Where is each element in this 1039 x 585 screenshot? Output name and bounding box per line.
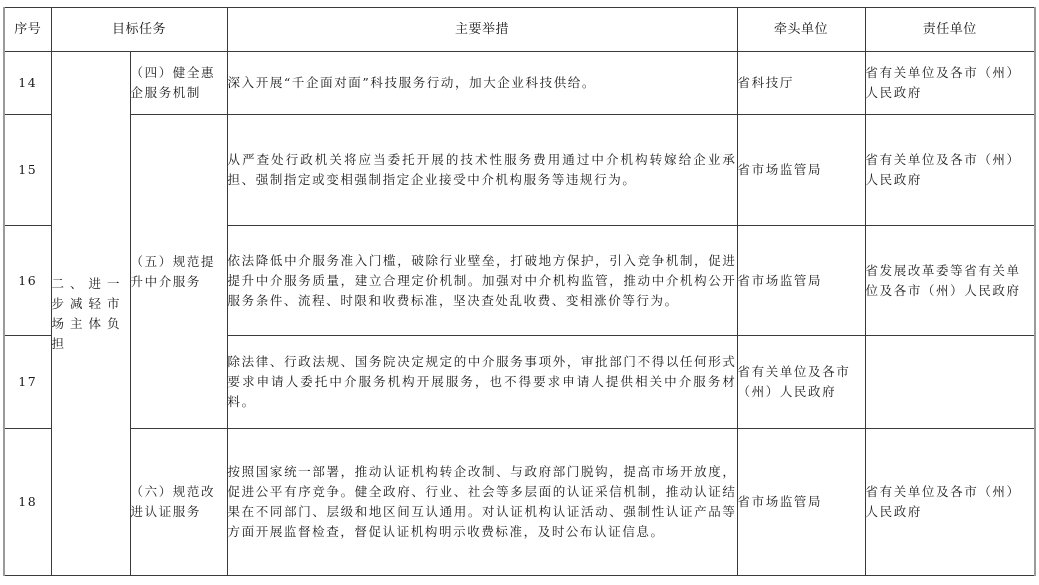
responsible-unit: 省有关单位及各市（州）人民政府 bbox=[865, 115, 1035, 226]
table-row: 14 二、进一步减轻市场主体负担 （四）健全惠企服务机制 深入开展“千企面对面”… bbox=[4, 52, 1035, 115]
lead-unit: 省市场监管局 bbox=[737, 429, 865, 576]
group-goal-cell: 二、进一步减轻市场主体负担 bbox=[51, 52, 130, 576]
measure: 深入开展“千企面对面”科技服务行动，加大企业科技供给。 bbox=[227, 52, 737, 115]
row-number: 17 bbox=[4, 336, 51, 429]
responsible-unit bbox=[865, 336, 1035, 429]
header-no: 序号 bbox=[4, 8, 51, 52]
measure: 依法降低中介服务准入门槛，破除行业壁垒，打破地方保护，引入竞争机制，促进提升中介… bbox=[227, 226, 737, 336]
measure: 按照国家统一部署，推动认证机构转企改制、与政府部门脱钩，提高市场开放度，促进公平… bbox=[227, 429, 737, 576]
header-goal: 目标任务 bbox=[51, 8, 227, 52]
header-row: 序号 目标任务 主要举措 牵头单位 责任单位 bbox=[4, 8, 1035, 52]
sub-goal: （五）规范提升中介服务 bbox=[130, 115, 227, 429]
row-number: 16 bbox=[4, 226, 51, 336]
lead-unit: 省有关单位及各市（州）人民政府 bbox=[737, 336, 865, 429]
row-number: 18 bbox=[4, 429, 51, 576]
task-table: 序号 目标任务 主要举措 牵头单位 责任单位 14 二、进一步减轻市场主体负担 … bbox=[3, 7, 1036, 576]
table-row: 18 （六）规范改进认证服务 按照国家统一部署，推动认证机构转企改制、与政府部门… bbox=[4, 429, 1035, 576]
responsible-unit: 省有关单位及各市（州）人民政府 bbox=[865, 429, 1035, 576]
header-lead: 牵头单位 bbox=[737, 8, 865, 52]
lead-unit: 省市场监管局 bbox=[737, 115, 865, 226]
responsible-unit: 省有关单位及各市（州）人民政府 bbox=[865, 52, 1035, 115]
group-goal: 二、进一步减轻市场主体负担 bbox=[52, 274, 130, 354]
sub-goal: （四）健全惠企服务机制 bbox=[130, 52, 227, 115]
header-measure: 主要举措 bbox=[227, 8, 737, 52]
table-row: 15 （五）规范提升中介服务 从严查处行政机关将应当委托开展的技术性服务费用通过… bbox=[4, 115, 1035, 226]
measure: 从严查处行政机关将应当委托开展的技术性服务费用通过中介机构转嫁给企业承担、强制指… bbox=[227, 115, 737, 226]
responsible-unit: 省发展改革委等省有关单位及各市（州）人民政府 bbox=[865, 226, 1035, 336]
row-number: 15 bbox=[4, 115, 51, 226]
row-number: 14 bbox=[4, 52, 51, 115]
measure: 除法律、行政法规、国务院决定规定的中介服务事项外，审批部门不得以任何形式要求申请… bbox=[227, 336, 737, 429]
lead-unit: 省科技厅 bbox=[737, 52, 865, 115]
header-resp: 责任单位 bbox=[865, 8, 1035, 52]
sub-goal: （六）规范改进认证服务 bbox=[130, 429, 227, 576]
lead-unit: 省市场监管局 bbox=[737, 226, 865, 336]
